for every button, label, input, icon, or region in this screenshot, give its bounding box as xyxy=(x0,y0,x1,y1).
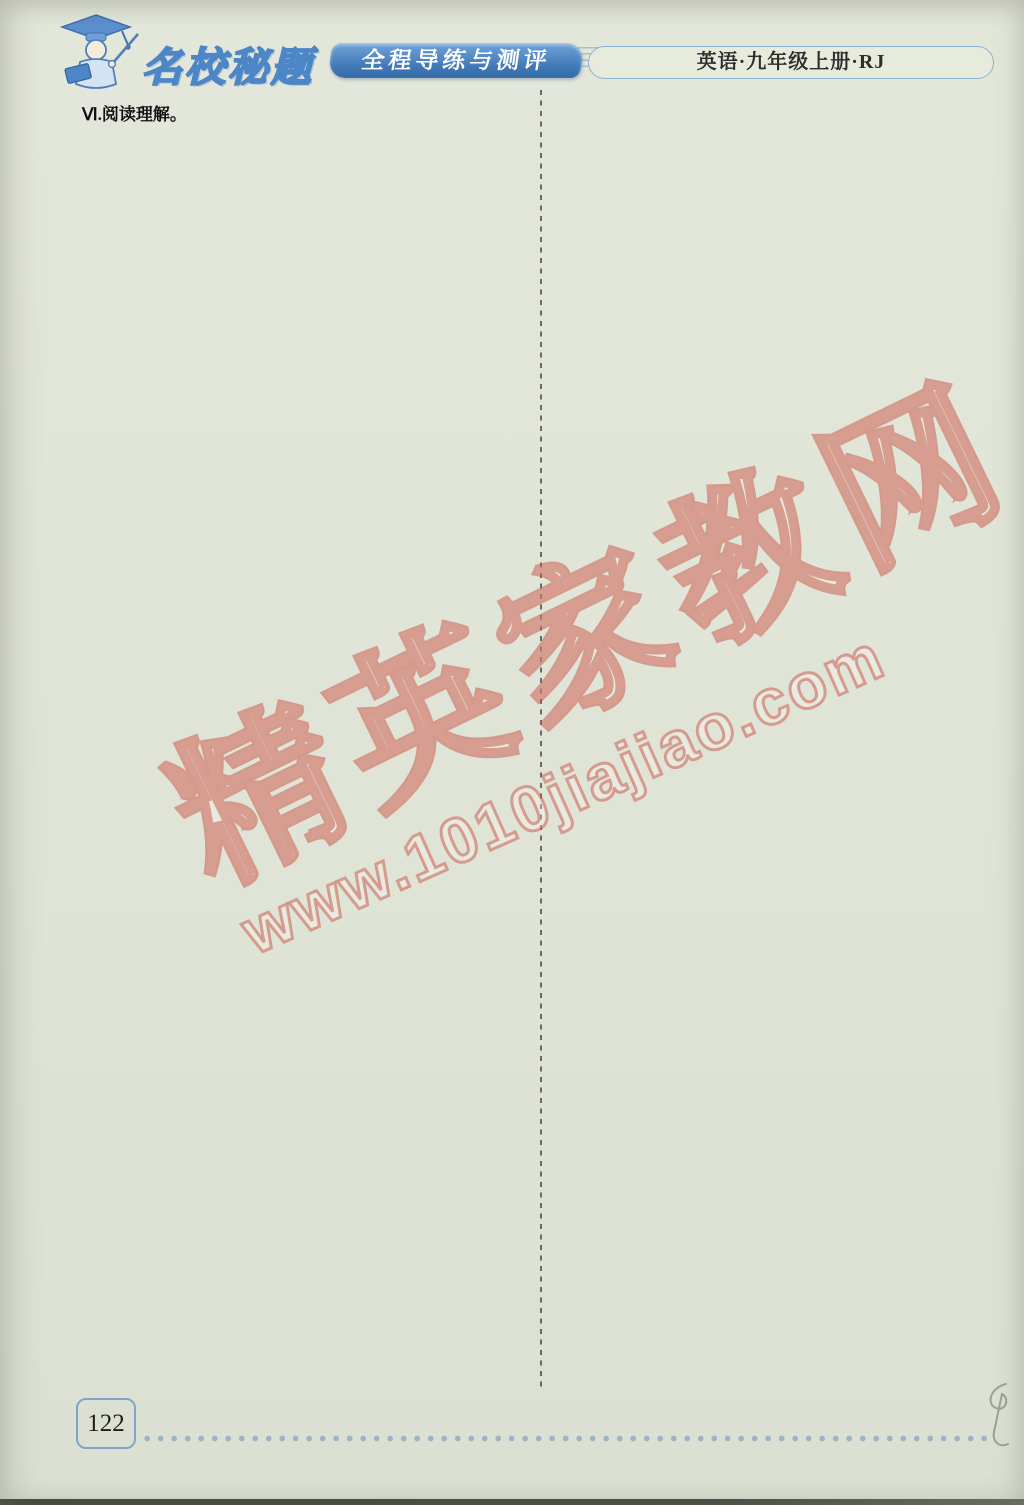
left-column: Ⅵ.阅读理解。 xyxy=(82,92,518,128)
right-column xyxy=(558,92,1010,106)
watermark-text: 精英家教网 xyxy=(128,317,1024,927)
footer-dotted-line xyxy=(144,1434,988,1443)
pen-mark-artifact xyxy=(982,1382,1016,1457)
column-divider xyxy=(540,90,542,1392)
scan-edge-strip xyxy=(0,1499,1024,1505)
scan-vignette xyxy=(0,0,1024,1505)
brand-banner: 全程导练与测评 xyxy=(328,43,585,78)
watermark-url: www.1010jiajiao.com xyxy=(231,619,896,969)
edition-label: 英语·九年级上册·RJ xyxy=(588,46,994,79)
section-title: Ⅵ.阅读理解。 xyxy=(82,100,518,125)
brand-title: 名校秘题 xyxy=(142,36,314,93)
page-header: 名校秘题 全程导练与测评 英语·九年级上册·RJ xyxy=(0,0,1024,92)
student-logo-icon xyxy=(50,12,142,99)
page-number-badge: 122 xyxy=(76,1398,136,1449)
